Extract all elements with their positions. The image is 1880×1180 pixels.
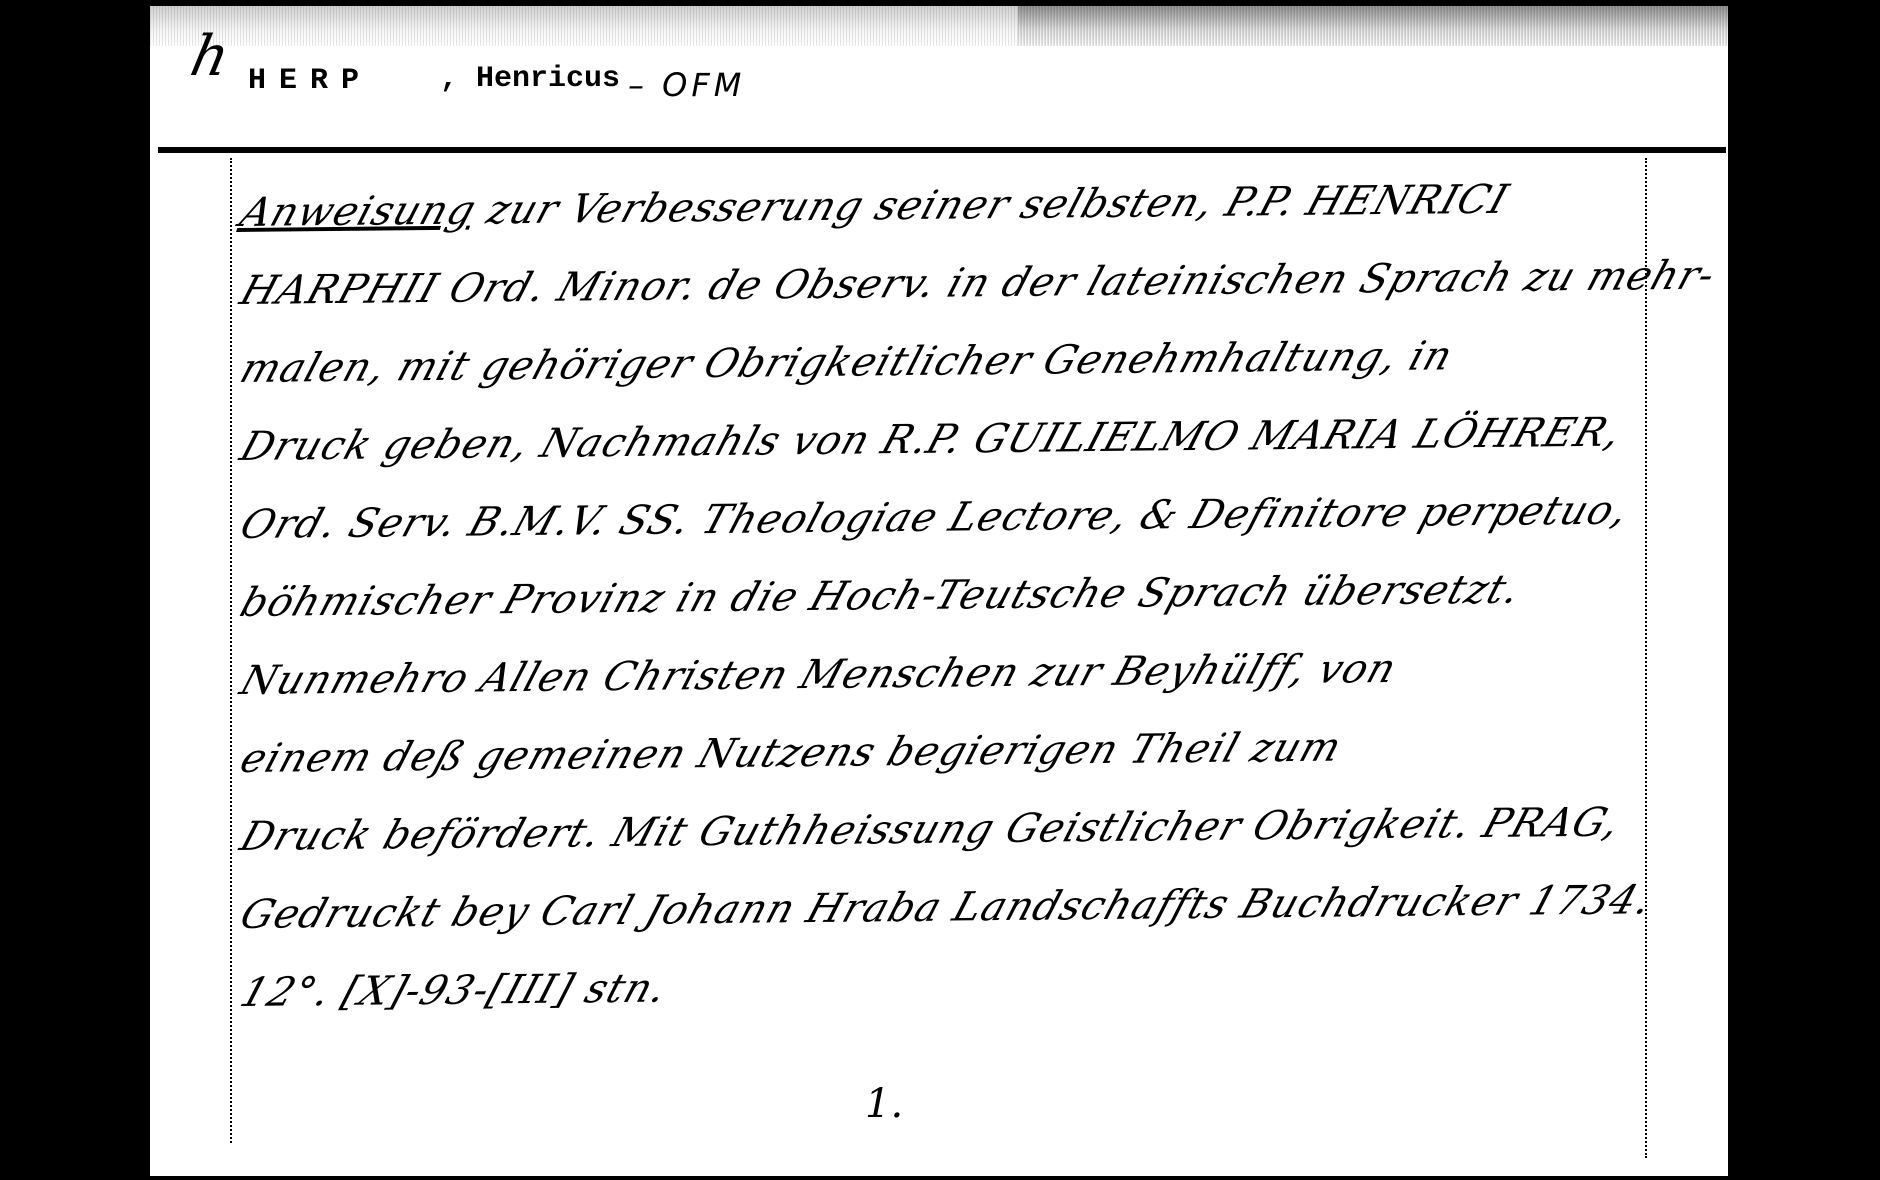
entry-line-2: HARPHII Ord. Minor. de Observ. in der la… [230,237,1659,330]
entry-line-1: Anweisung zur Verbesserung seiner selbst… [230,159,1659,252]
handwritten-initial: h [185,24,235,89]
handwritten-entry: Anweisung zur Verbesserung seiner selbst… [242,174,1642,1032]
page-number: 1. [865,1081,903,1127]
entry-line-4: Druck geben, Nachmahls von R.P. GUILIELM… [230,393,1659,486]
religious-order: – OFM [628,66,745,104]
catalog-card: h HERP , Henricus – OFM Anweisung zur Ve… [150,6,1728,1176]
entry-line-6: böhmischer Provinz in die Hoch-Teutsche … [230,549,1659,642]
entry-line-7: Nunmehro Allen Christen Menschen zur Bey… [230,627,1659,720]
author-forename: , Henricus [440,62,620,96]
collation-line: 12°. [X]-93-[III] stn. [230,939,1659,1032]
card-header: h HERP , Henricus – OFM [150,6,1728,147]
left-margin-line [230,158,232,1143]
entry-line-8: einem deß gemeinen Nutzens begierigen Th… [230,705,1659,798]
entry-line-9: Druck befördert. Mit Guthheissung Geistl… [230,783,1659,876]
entry-line-5: Ord. Serv. B.M.V. SS. Theologiae Lectore… [230,471,1659,564]
entry-line-10: Gedruckt bey Carl Johann Hraba Landschaf… [230,861,1659,954]
entry-line-3: malen, mit gehöriger Obrigkeitlicher Gen… [230,315,1659,408]
title-keyword: Anweisung [235,188,482,236]
author-surname: HERP [248,64,372,98]
header-rule [158,147,1726,153]
